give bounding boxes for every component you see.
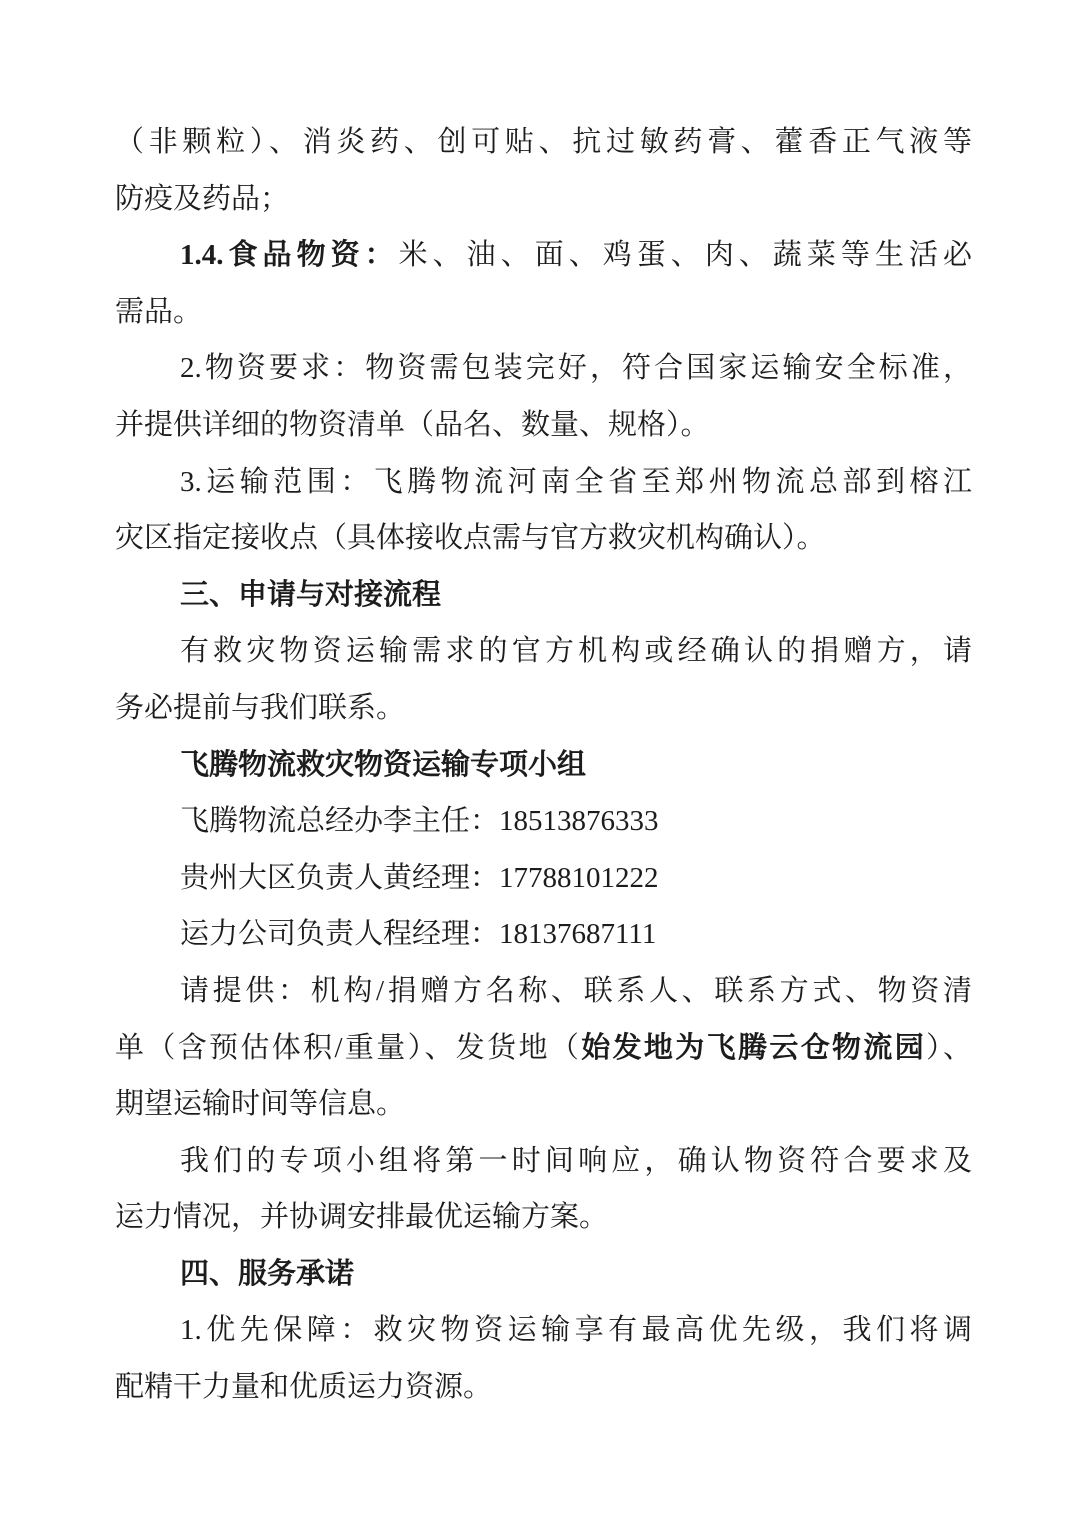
document-line: （非颗粒）、消炎药、创可贴、抗过敏药膏、藿香正气液等: [115, 114, 972, 171]
text-run: 贵州大区负责人黄经理：17788101222: [180, 862, 659, 894]
text-run: 2.物资要求：物资需包装完好，符合国家运输安全标准，: [180, 352, 972, 384]
document-page: （非颗粒）、消炎药、创可贴、抗过敏药膏、藿香正气液等防疫及药品；1.4.食品物资…: [0, 0, 1080, 1528]
bold-text-run: 三、申请与对接流程: [180, 579, 441, 611]
text-run: 需品。: [115, 296, 202, 328]
document-line: 1.优先保障：救灾物资运输享有最高优先级，我们将调: [115, 1302, 972, 1359]
text-run: 运力公司负责人程经理：18137687111: [180, 918, 656, 950]
text-run: 运力情况，并协调安排最优运输方案。: [115, 1201, 608, 1233]
text-run: 并提供详细的物资清单（品名、数量、规格）。: [115, 409, 710, 441]
text-run: 有救灾物资运输需求的官方机构或经确认的捐赠方，请: [180, 635, 972, 667]
document-line: 防疫及药品；: [115, 171, 972, 228]
document-line: 并提供详细的物资清单（品名、数量、规格）。: [115, 397, 972, 454]
text-run: （非颗粒）、消炎药、创可贴、抗过敏药膏、藿香正气液等: [115, 126, 972, 158]
bold-text-run: 始发地为飞腾云仓物流园: [581, 1032, 926, 1064]
document-line: 3.运输范围：飞腾物流河南全省至郑州物流总部到榕江: [115, 454, 972, 511]
text-run: 我们的专项小组将第一时间响应，确认物资符合要求及: [180, 1145, 972, 1177]
document-line: 1.4.食品物资：米、油、面、鸡蛋、肉、蔬菜等生活必: [115, 227, 972, 284]
document-line: 我们的专项小组将第一时间响应，确认物资符合要求及: [115, 1133, 972, 1190]
text-run: 防疫及药品；: [115, 183, 289, 215]
document-line: 飞腾物流总经办李主任：18513876333: [115, 793, 972, 850]
text-run: ）、: [926, 1032, 972, 1064]
document-line: 飞腾物流救灾物资运输专项小组: [115, 737, 972, 794]
document-line: 有救灾物资运输需求的官方机构或经确认的捐赠方，请: [115, 623, 972, 680]
document-line: 三、申请与对接流程: [115, 567, 972, 624]
text-run: 灾区指定接收点（具体接收点需与官方救灾机构确认）。: [115, 522, 826, 554]
document-line: 2.物资要求：物资需包装完好，符合国家运输安全标准，: [115, 340, 972, 397]
document-line: 运力情况，并协调安排最优运输方案。: [115, 1189, 972, 1246]
bold-text-run: 四、服务承诺: [180, 1258, 354, 1290]
document-line: 请提供：机构/捐赠方名称、联系人、联系方式、物资清: [115, 963, 972, 1020]
document-line: 贵州大区负责人黄经理：17788101222: [115, 850, 972, 907]
document-line: 期望运输时间等信息。: [115, 1076, 972, 1133]
text-run: 米、油、面、鸡蛋、肉、蔬菜等生活必: [399, 239, 972, 271]
text-run: 飞腾物流总经办李主任：18513876333: [180, 805, 659, 837]
text-run: 1.优先保障：救灾物资运输享有最高优先级，我们将调: [180, 1314, 972, 1346]
text-run: 期望运输时间等信息。: [115, 1088, 405, 1120]
text-run: 请提供：机构/捐赠方名称、联系人、联系方式、物资清: [180, 975, 972, 1007]
text-run: 务必提前与我们联系。: [115, 692, 405, 724]
document-line: 务必提前与我们联系。: [115, 680, 972, 737]
bold-text-run: 1.4.食品物资：: [180, 239, 399, 271]
bold-text-run: 飞腾物流救灾物资运输专项小组: [180, 749, 586, 781]
document-line: 单（含预估体积/重量）、发货地（始发地为飞腾云仓物流园）、: [115, 1020, 972, 1077]
document-body: （非颗粒）、消炎药、创可贴、抗过敏药膏、藿香正气液等防疫及药品；1.4.食品物资…: [115, 114, 972, 1416]
text-run: 配精干力量和优质运力资源。: [115, 1371, 492, 1403]
text-run: 3.运输范围：飞腾物流河南全省至郑州物流总部到榕江: [180, 466, 972, 498]
document-line: 运力公司负责人程经理：18137687111: [115, 906, 972, 963]
text-run: 单（含预估体积/重量）、发货地（: [115, 1032, 581, 1064]
document-line: 需品。: [115, 284, 972, 341]
document-line: 灾区指定接收点（具体接收点需与官方救灾机构确认）。: [115, 510, 972, 567]
document-line: 配精干力量和优质运力资源。: [115, 1359, 972, 1416]
document-line: 四、服务承诺: [115, 1246, 972, 1303]
